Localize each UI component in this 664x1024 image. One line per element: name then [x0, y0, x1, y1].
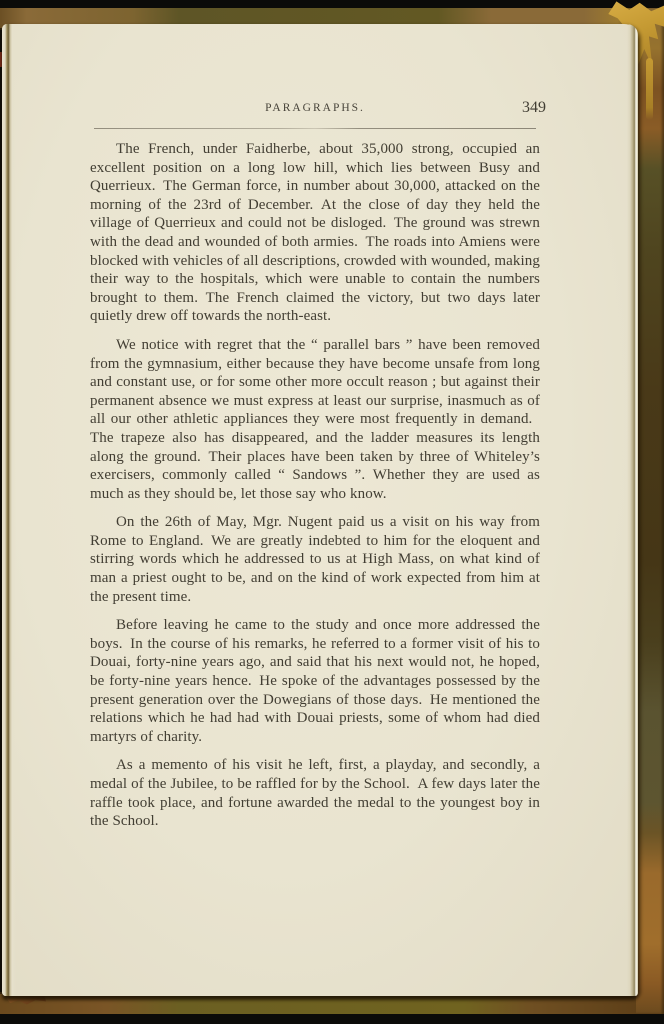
paragraph: The French, under Faidherbe, about 35,00… [90, 140, 540, 326]
header-rule [94, 128, 536, 129]
page-stack-left-edge [2, 24, 16, 996]
scanned-book-page: PARAGRAPHS. 349 The French, under Faidhe… [0, 0, 664, 1024]
paragraph: On the 26th of May, Mgr. Nugent paid us … [90, 513, 540, 606]
text-block: PARAGRAPHS. 349 The French, under Faidhe… [90, 98, 540, 841]
page-number: 349 [522, 98, 546, 118]
paragraph: As a memento of his visit he left, first… [90, 756, 540, 830]
page-header: PARAGRAPHS. 349 [90, 98, 540, 118]
book-page: PARAGRAPHS. 349 The French, under Faidhe… [2, 24, 638, 996]
paragraph: Before leaving he came to the study and … [90, 616, 540, 746]
body-text: The French, under Faidherbe, about 35,00… [90, 140, 540, 831]
paragraph: We notice with regret that the “ paralle… [90, 336, 540, 503]
book-cover-right-edge [636, 8, 664, 1014]
running-header-title: PARAGRAPHS. [90, 98, 540, 118]
cover-gold-streak [646, 58, 653, 120]
page-stack-right-edge [627, 24, 638, 996]
